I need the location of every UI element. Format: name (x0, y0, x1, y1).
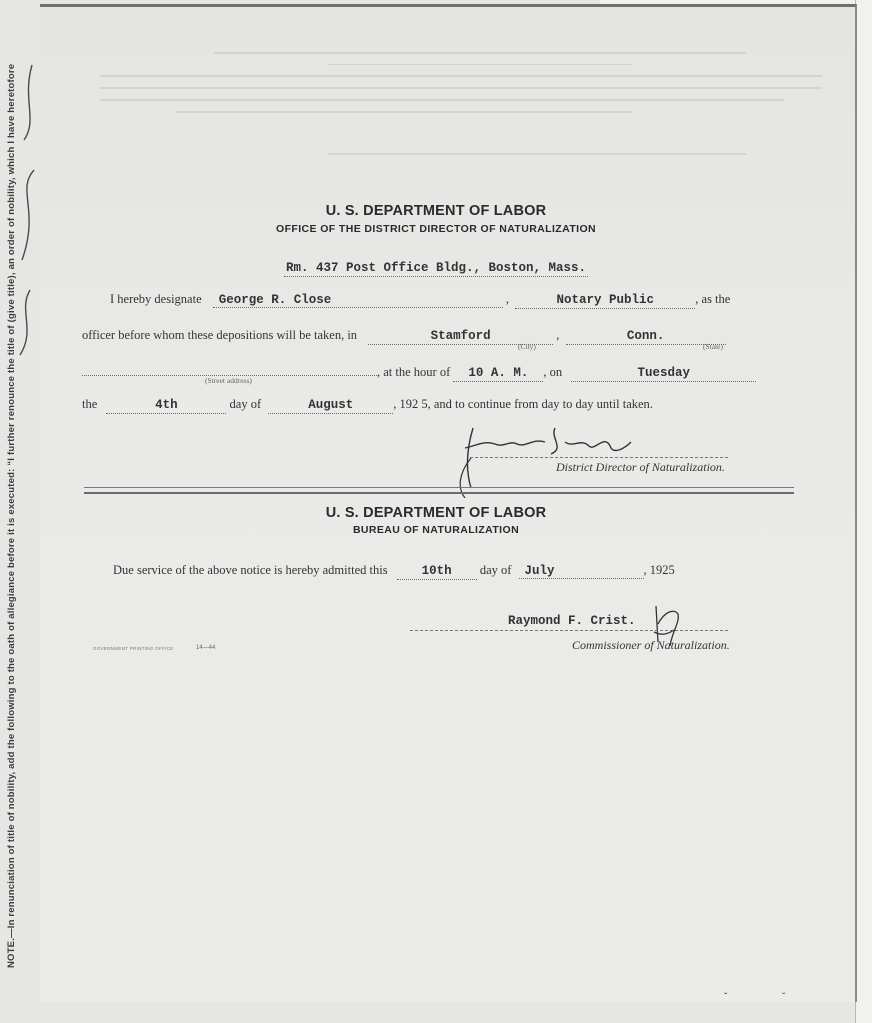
officer-title-field[interactable]: Notary Public (515, 293, 695, 309)
service-month-field[interactable]: July (519, 564, 644, 579)
weekday-field[interactable]: Tuesday (571, 366, 756, 382)
date-line: the 4th day of August, 192 5, and to con… (82, 397, 653, 414)
document-page (40, 4, 857, 1002)
bottom-mark-1: ˇ (724, 992, 727, 1003)
the-label: the (82, 397, 97, 411)
location-line: officer before whom these depositions wi… (82, 328, 726, 345)
office-heading: OFFICE OF THE DISTRICT DIRECTOR OF NATUR… (0, 223, 872, 235)
commissioner-signature-line (410, 630, 728, 631)
on-label: , on (543, 365, 562, 379)
director-signature-icon (455, 418, 655, 498)
service-day-field[interactable]: 10th (397, 564, 477, 580)
street-address-field[interactable] (82, 360, 377, 376)
location-prefix: officer before whom these depositions wi… (82, 328, 357, 342)
hour-prefix: , at the hour of (377, 365, 450, 379)
side-note-lead: NOTE. (6, 938, 17, 968)
bottom-mark-2: ˇ (782, 992, 785, 1003)
service-year: , 192 (644, 563, 669, 577)
continue-suffix: , and to continue from day to day until … (428, 397, 653, 411)
day-of-label: day of (230, 397, 262, 411)
office-address-row: Rm. 437 Post Office Bldg., Boston, Mass. (0, 258, 872, 277)
month-field[interactable]: August (268, 398, 393, 414)
commissioner-title: Commissioner of Naturalization. (572, 638, 730, 653)
year-prefix: , 192 (393, 397, 418, 411)
commissioner-typed-signature: Raymond F. Crist. (508, 614, 636, 628)
service-year-overwrite[interactable]: 5 (669, 563, 675, 577)
as-the-suffix: , as the (695, 292, 730, 306)
section-divider (84, 487, 794, 494)
director-title: District Director of Naturalization. (556, 460, 725, 475)
hour-field[interactable]: 10 A. M. (453, 366, 543, 382)
service-line: Due service of the above notice is hereb… (113, 563, 675, 580)
service-day-of-label: day of (480, 563, 512, 577)
department-heading-2: U. S. DEPARTMENT OF LABOR (0, 505, 872, 521)
printer-imprint: GOVERNMENT PRINTING OFFICE (93, 646, 173, 651)
designate-prefix: I hereby designate (110, 292, 202, 306)
director-signature-line (470, 457, 728, 458)
office-address: Rm. 437 Post Office Bldg., Boston, Mass. (284, 261, 588, 277)
bleed-through-text (100, 42, 860, 202)
bureau-heading: BUREAU OF NATURALIZATION (0, 524, 872, 536)
designation-line: I hereby designate George R. Close , Not… (110, 292, 730, 309)
form-number: 14—44 (196, 645, 215, 651)
state-field[interactable]: Conn. (566, 329, 726, 345)
time-line: , at the hour of 10 A. M., on Tuesday (82, 360, 756, 382)
service-prefix: Due service of the above notice is hereb… (113, 563, 388, 577)
day-field[interactable]: 4th (106, 398, 226, 414)
state-caption: (State) (703, 342, 723, 351)
department-heading: U. S. DEPARTMENT OF LABOR (0, 203, 872, 219)
designee-field[interactable]: George R. Close (213, 293, 503, 308)
city-caption: (City) (518, 342, 536, 351)
street-caption: (Street address) (205, 376, 252, 385)
